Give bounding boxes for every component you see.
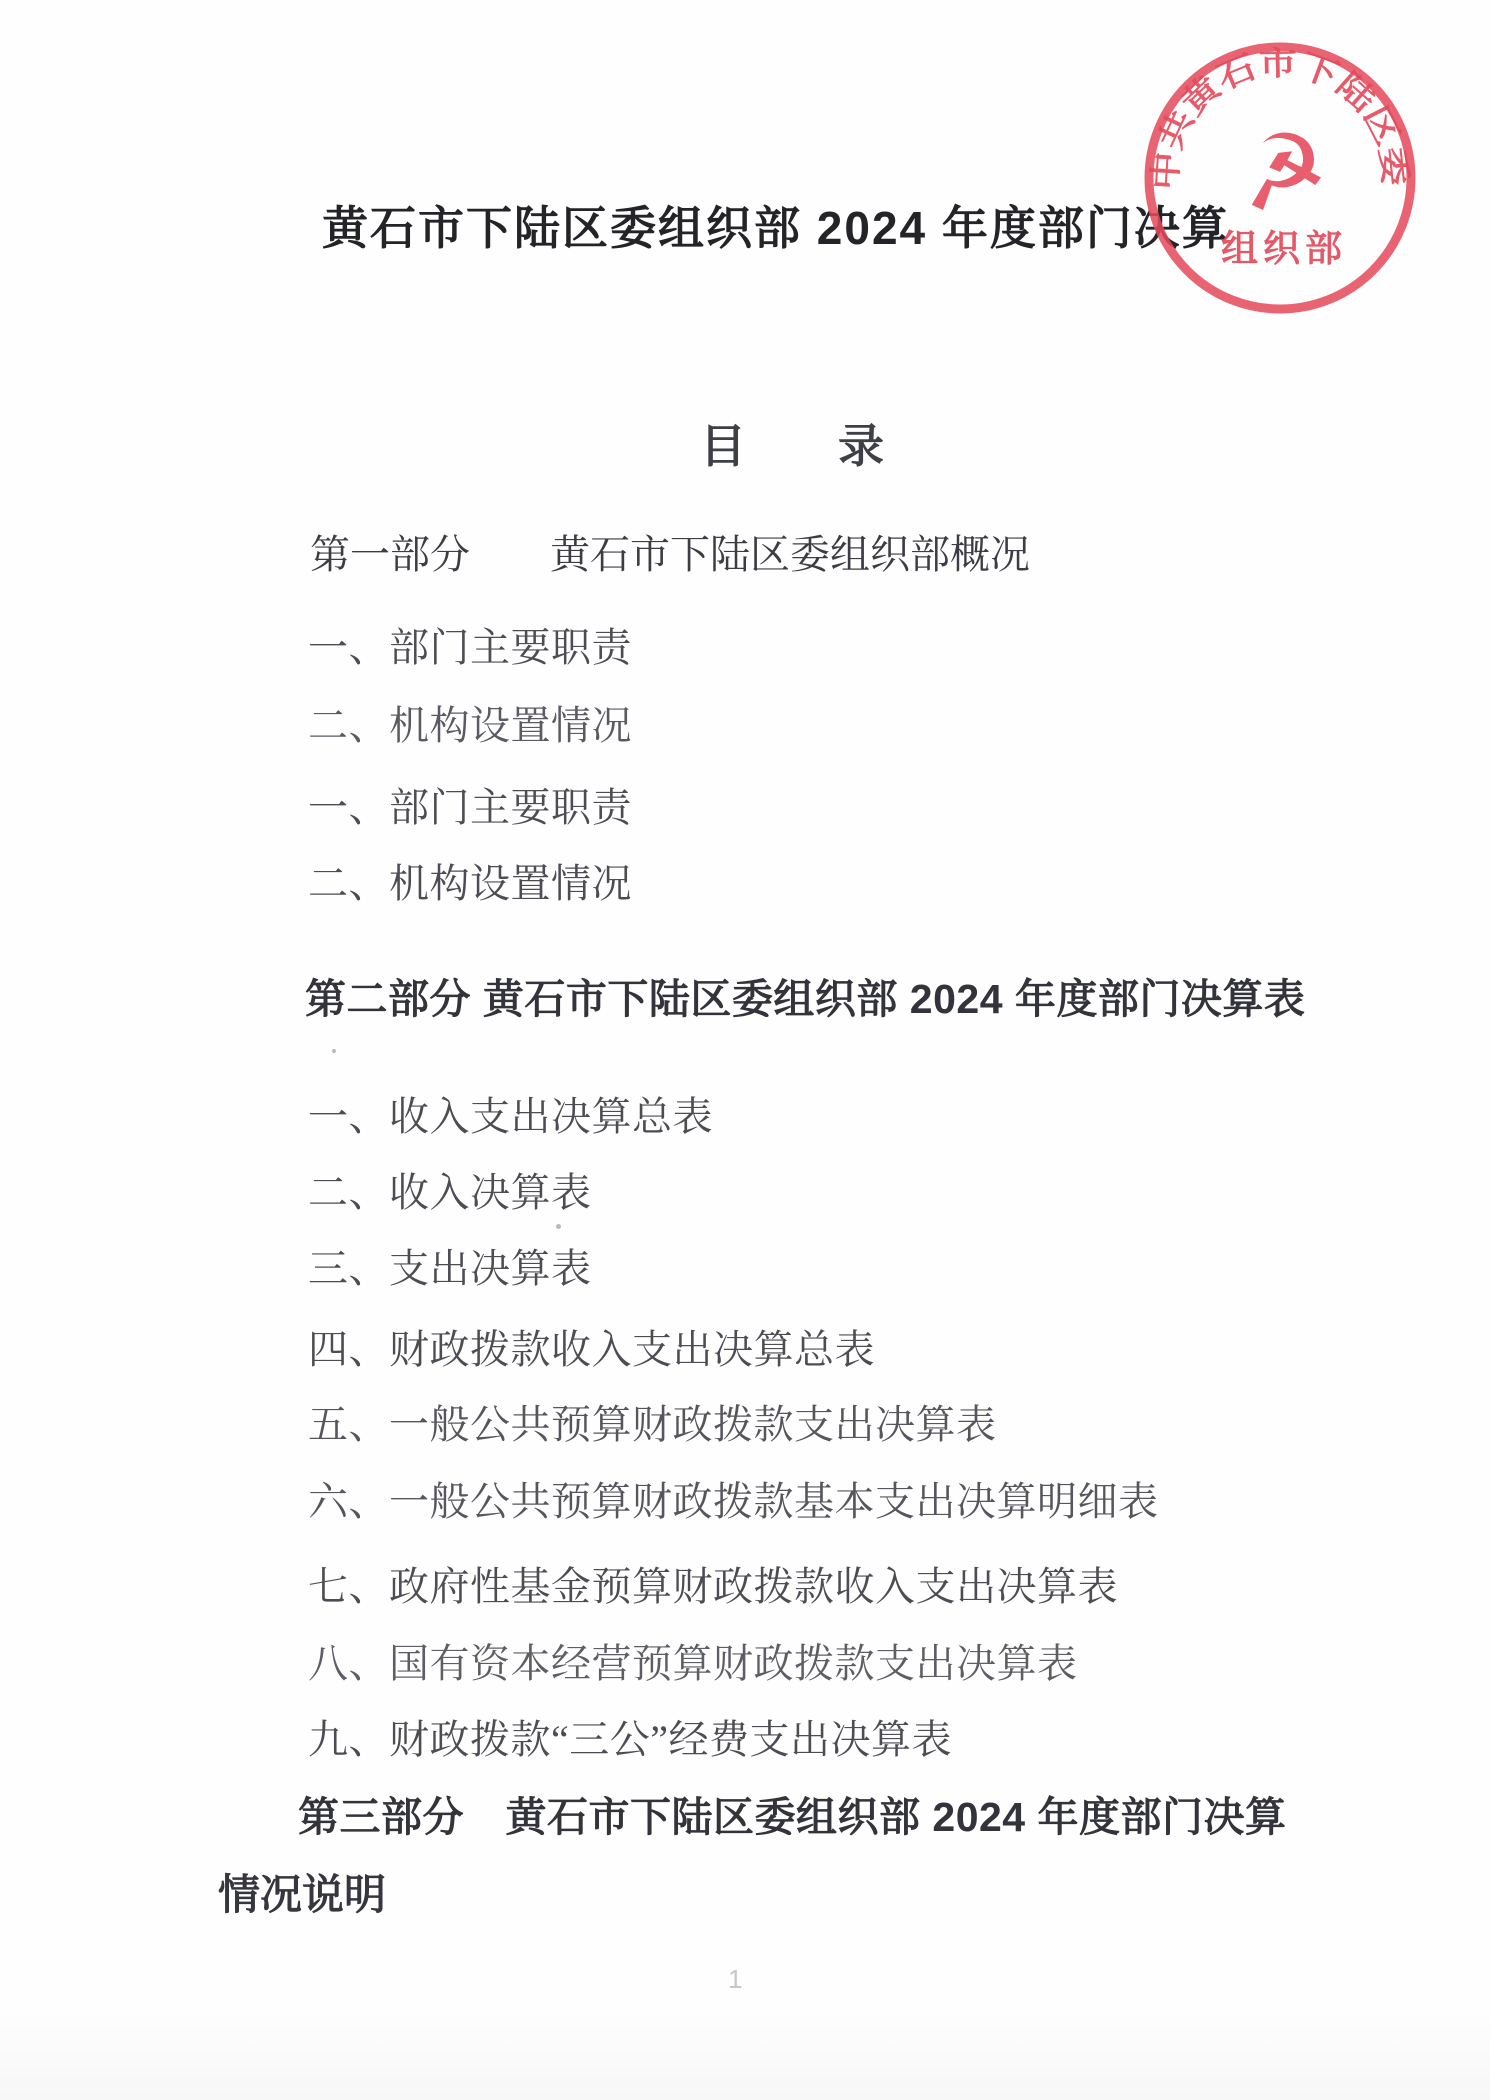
scan-speck [332, 1049, 336, 1053]
stamp-ring [1149, 47, 1411, 309]
toc-item: 八、国有资本经营预算财政拨款支出决算表 [308, 1642, 1078, 1686]
page-title: 黄石市下陆区委组织部 2024 年度部门决算 [322, 203, 1230, 254]
toc-item: 九、财政拨款“三公”经费支出决算表 [308, 1718, 952, 1762]
scan-speck [556, 1224, 561, 1229]
toc-item: 四、财政拨款收入支出决算总表 [308, 1328, 875, 1372]
toc-item: 二、收入决算表 [308, 1171, 592, 1215]
toc-item: 二、机构设置情况 [308, 862, 632, 906]
stamp-bottom-text: 组织部 [1221, 228, 1347, 269]
official-stamp: 中共黄石市下陆区委 ☭ 组织部 [1134, 32, 1426, 324]
section-heading-part1: 第一部分 黄石市下陆区委组织部概况 [310, 533, 1030, 577]
page-number: 1 [728, 1964, 742, 1995]
toc-heading: 目 录 [700, 422, 884, 470]
toc-item: 一、部门主要职责 [308, 786, 632, 830]
scanned-document-page: 黄石市下陆区委组织部 2024 年度部门决算 中共黄石市下陆区委 ☭ 组织部 目… [0, 0, 1490, 2100]
toc-item: 二、机构设置情况 [308, 704, 632, 748]
toc-item: 六、一般公共预算财政拨款基本支出决算明细表 [308, 1480, 1159, 1524]
toc-item: 一、部门主要职责 [308, 626, 632, 670]
section-heading-part3-continued: 情况说明 [218, 1872, 386, 1918]
toc-item: 五、一般公共预算财政拨款支出决算表 [308, 1403, 997, 1447]
section-heading-part3: 第三部分 黄石市下陆区委组织部 2024 年度部门决算 [298, 1795, 1287, 1840]
svg-text:中共黄石市下陆区委: 中共黄石市下陆区委 [1146, 44, 1414, 191]
stamp-arc-text: 中共黄石市下陆区委 [1146, 44, 1414, 191]
toc-item: 七、政府性基金预算财政拨款收入支出决算表 [308, 1565, 1118, 1609]
hammer-sickle-icon: ☭ [1229, 109, 1337, 235]
toc-item: 一、收入支出决算总表 [308, 1095, 713, 1139]
toc-item: 三、支出决算表 [308, 1247, 592, 1291]
section-heading-part2: 第二部分 黄石市下陆区委组织部 2024 年度部门决算表 [305, 977, 1305, 1022]
scan-shade [0, 2010, 1490, 2100]
